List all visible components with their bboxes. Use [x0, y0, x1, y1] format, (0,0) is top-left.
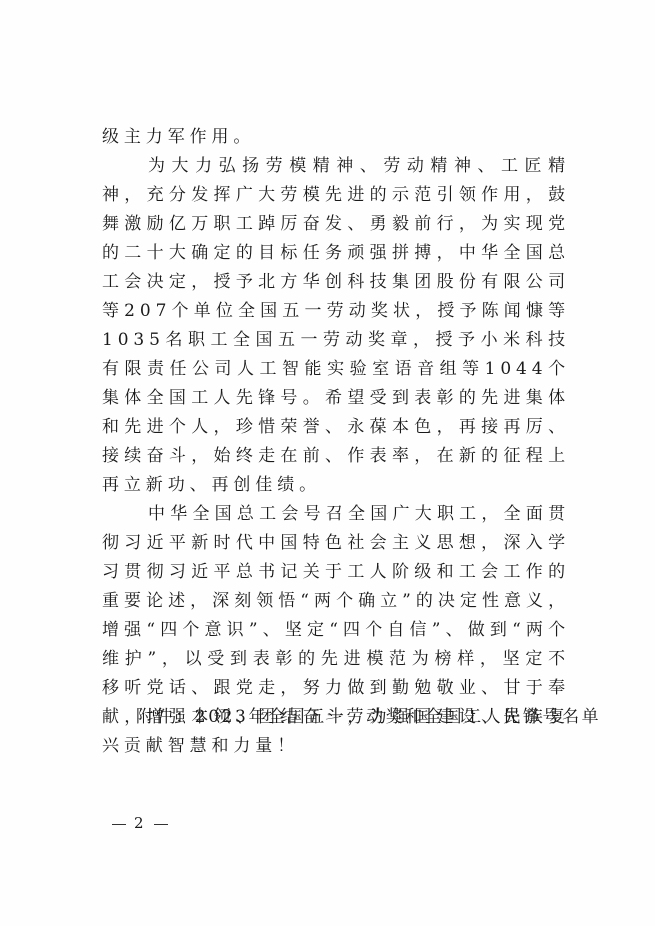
page-number-right-dash — [154, 824, 168, 825]
document-body: 级主力军作用。 为大力弘扬劳模精神、劳动精神、工匠精神，充分发挥广大劳模先进的示… — [102, 123, 570, 761]
paragraph-award-decision: 为大力弘扬劳模精神、劳动精神、工匠精神，充分发挥广大劳模先进的示范引领作用，鼓舞… — [102, 152, 570, 500]
page-number: 2 — [112, 813, 168, 833]
paragraph-continuation: 级主力军作用。 — [102, 123, 570, 152]
page-number-left-dash — [112, 824, 126, 825]
document-page: 级主力军作用。 为大力弘扬劳模精神、劳动精神、工匠精神，充分发挥广大劳模先进的示… — [0, 0, 655, 926]
attachment-note: 附件：2023年全国五一劳动奖和全国工人先锋号名单 — [136, 703, 601, 732]
page-number-value: 2 — [134, 813, 146, 833]
